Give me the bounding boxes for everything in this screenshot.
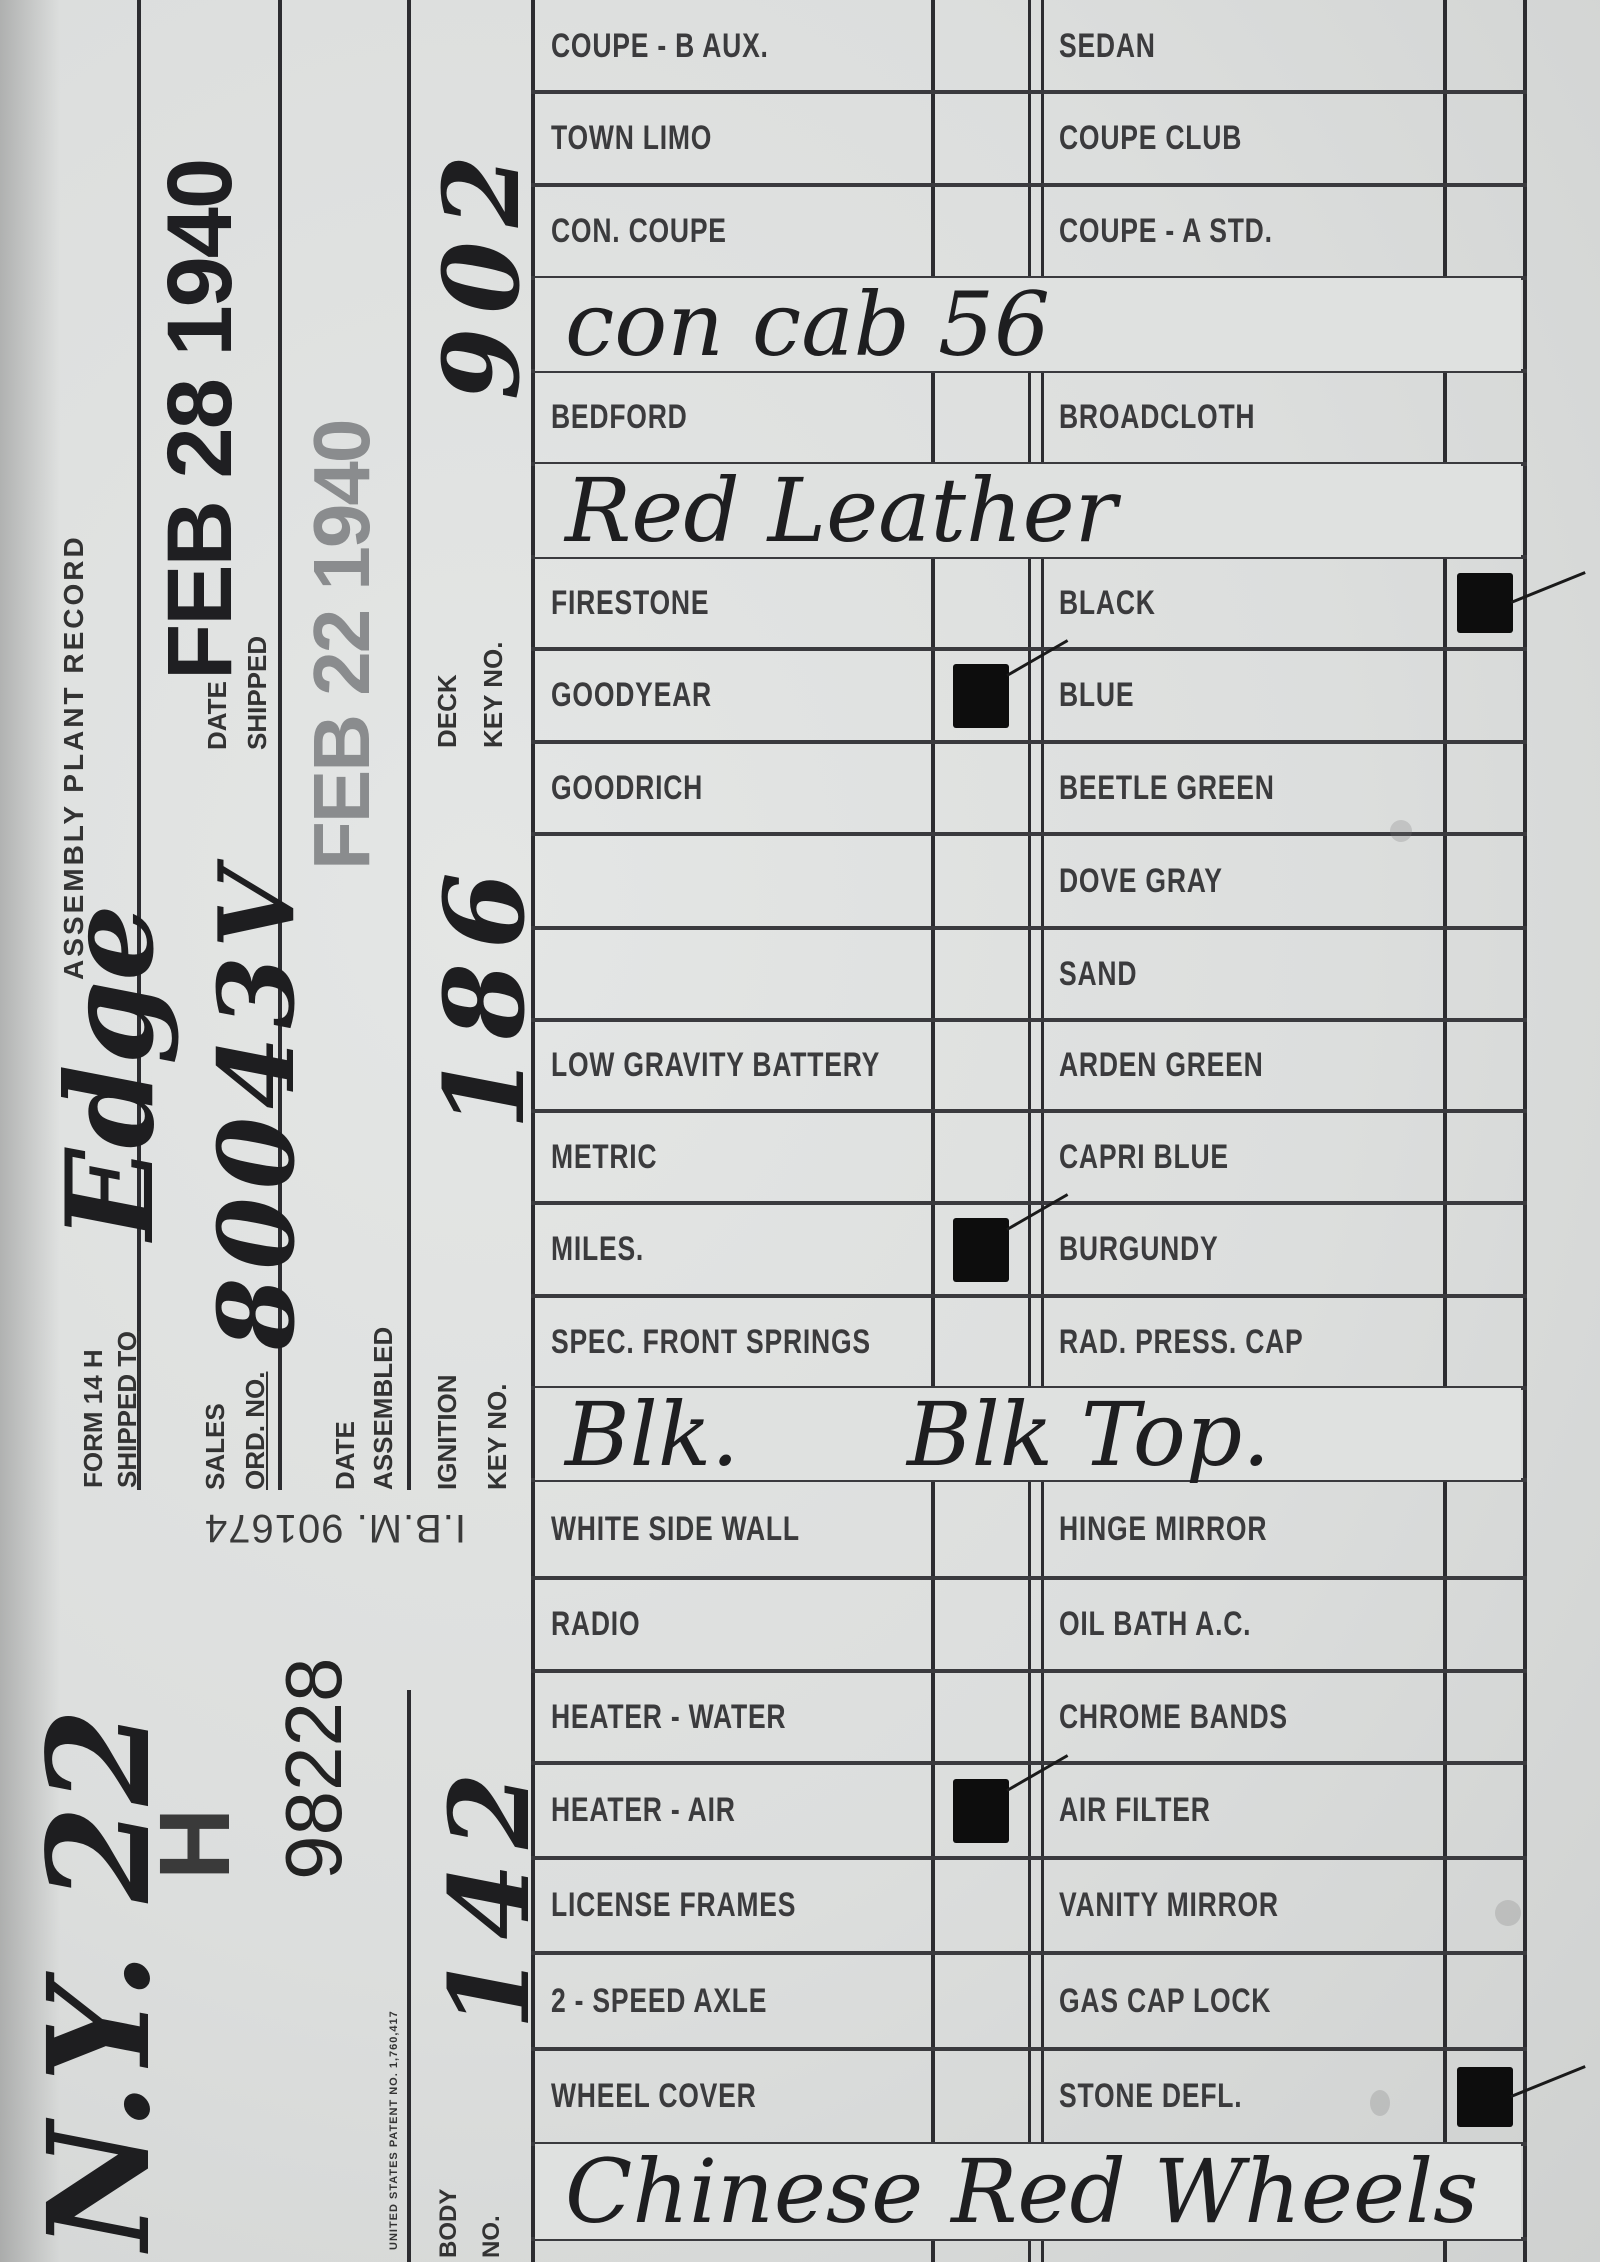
option-left: 2 - SPEED AXLE (551, 1953, 828, 2049)
left-check-box[interactable] (935, 1296, 1027, 1388)
option-right: ARDEN GREEN (1059, 1020, 1321, 1111)
left-check-box[interactable] (935, 1480, 1027, 1578)
option-right-label: SAND (1059, 955, 1137, 994)
left-check-box[interactable] (935, 1763, 1027, 1858)
deck-key-label-1: DECK (432, 674, 463, 748)
option-left-label: CON. COUPE (551, 212, 727, 251)
option-right-label: SEDAN (1059, 27, 1156, 66)
right-check-box[interactable] (1447, 834, 1523, 928)
handwritten-row: Chinese Red Wheels (535, 2144, 1521, 2239)
ignition-key-value: 186 (420, 858, 549, 1130)
deck-key-label-2: KEY NO. (478, 642, 509, 748)
option-row: GOODYEARBLUE (531, 649, 1527, 742)
option-left: MILES. (551, 1203, 670, 1296)
option-left-label: TOWN LIMO (551, 119, 712, 158)
option-left-label: HEATER - WATER (551, 1698, 786, 1737)
option-right: RAD. PRESS. CAP (1059, 1296, 1373, 1388)
sales-ord-value: 80043V (195, 859, 318, 1350)
left-check-box[interactable] (935, 1858, 1027, 1953)
option-left: GOODYEAR (551, 649, 757, 742)
option-right: BLUE (1059, 649, 1156, 742)
check-mark-icon (953, 1218, 1009, 1282)
left-check-box[interactable] (935, 1578, 1027, 1671)
left-check-box[interactable] (935, 1020, 1027, 1111)
assembly-plant-record-card: ASSEMBLY PLANT RECORD FORM 14 H SHIPPED … (0, 0, 1600, 2262)
ignition-key-label-2: KEY NO. (482, 1384, 513, 1490)
right-check-box[interactable] (1447, 1953, 1523, 2049)
option-row: SAND (531, 928, 1527, 1020)
left-check-box[interactable] (935, 1953, 1027, 2049)
form-number: FORM 14 H (78, 1349, 109, 1488)
check-mark-icon (1457, 573, 1513, 633)
option-right: COUPE CLUB (1059, 92, 1294, 185)
handwritten-note: Red Leather (535, 459, 1117, 562)
option-left: HEATER - AIR (551, 1763, 788, 1858)
left-check-box[interactable] (935, 2049, 1027, 2144)
option-row: LICENSE FRAMESVANITY MIRROR (531, 1858, 1527, 1953)
option-row: DOVE GRAY (531, 834, 1527, 928)
option-row: MILES.BURGUNDY (531, 1203, 1527, 1296)
divider-date-assembled (407, 0, 411, 1490)
option-row: BEDFORDBROADCLOTH (531, 371, 1527, 464)
option-right: BEETLE GREEN (1059, 742, 1335, 834)
option-right-label: CAPRI BLUE (1059, 1138, 1229, 1177)
option-row: TOWN LIMOCOUPE CLUB (531, 92, 1527, 185)
handwritten-note: Blk. Blk Top. (535, 1383, 1270, 1486)
option-right-label: COUPE - A STD. (1059, 212, 1273, 251)
option-right: BLACK (1059, 557, 1183, 649)
option-left-label: GOODYEAR (551, 676, 712, 715)
right-check-box[interactable] (1447, 0, 1523, 92)
option-right-label: BLUE (1059, 676, 1134, 715)
paper-speck (1495, 1900, 1521, 1926)
option-right-label: DOVE GRAY (1059, 862, 1223, 901)
option-right-label: GAS CAP LOCK (1059, 1982, 1271, 2021)
left-check-box[interactable] (935, 185, 1027, 278)
option-left-label: WHITE SIDE WALL (551, 1510, 800, 1549)
option-right-label: ARDEN GREEN (1059, 1046, 1264, 1085)
option-row: 2 - SPEED AXLEGAS CAP LOCK (531, 1953, 1527, 2049)
option-left-label: MILES. (551, 1230, 644, 1269)
right-check-box[interactable] (1447, 928, 1523, 1020)
right-check-box[interactable] (1447, 1111, 1523, 1203)
check-mark-icon (953, 1779, 1009, 1843)
option-right-label: STONE DEFL. (1059, 2077, 1242, 2116)
option-right: SEDAN (1059, 0, 1183, 92)
left-check-box[interactable] (935, 1111, 1027, 1203)
option-left-label: METRIC (551, 1138, 657, 1177)
option-right: CAPRI BLUE (1059, 1111, 1277, 1203)
left-check-box[interactable] (935, 92, 1027, 185)
option-row: GOODRICHBEETLE GREEN (531, 742, 1527, 834)
option-row: FIRESTONEBLACK (531, 557, 1527, 649)
option-right: OIL BATH A.C. (1059, 1578, 1306, 1671)
option-left: METRIC (551, 1111, 687, 1203)
option-right: STONE DEFL. (1059, 2049, 1294, 2144)
option-right-label: AIR FILTER (1059, 1791, 1211, 1830)
option-row: WHITE SIDE WALLHINGE MIRROR (531, 1480, 1527, 1578)
right-check-box[interactable] (1447, 1480, 1523, 1578)
option-left: TOWN LIMO (551, 92, 758, 185)
option-left: CON. COUPE (551, 185, 776, 278)
divider-date-assembled-lower (407, 1690, 411, 2262)
option-right: COUPE - A STD. (1059, 185, 1333, 278)
handwritten-row: Red Leather (535, 464, 1521, 557)
date-assembled-value: FEB 22 1940 (296, 421, 388, 870)
options-grid: COUPE - B AUX.SEDANTOWN LIMOCOUPE CLUBCO… (531, 0, 1527, 2262)
check-mark-icon (953, 664, 1009, 728)
option-row: RADIOOIL BATH A.C. (531, 1578, 1527, 1671)
option-right-label: COUPE CLUB (1059, 119, 1242, 158)
option-row: HEATER - AIRAIR FILTER (531, 1763, 1527, 1858)
left-check-box[interactable] (935, 371, 1027, 464)
option-row: SPEC. FRONT SPRINGSRAD. PRESS. CAP (531, 1296, 1527, 1388)
right-check-box[interactable] (1447, 742, 1523, 834)
ignition-key-label-1: IGNITION (432, 1374, 463, 1490)
option-left: LOW GRAVITY BATTERY (551, 1020, 973, 1111)
left-check-box[interactable] (935, 0, 1027, 92)
option-left-label: COUPE - B AUX. (551, 27, 769, 66)
left-check-box[interactable] (935, 557, 1027, 649)
shipped-to-label: SHIPPED TO (112, 1331, 143, 1488)
option-right-label: BURGUNDY (1059, 1230, 1218, 1269)
option-right-label: HINGE MIRROR (1059, 1510, 1267, 1549)
option-left-label: WHEEL COVER (551, 2077, 757, 2116)
check-tail-icon (1510, 2065, 1585, 2098)
ibm-number: I.B.M. 901674 (170, 1505, 500, 1550)
option-right: CHROME BANDS (1059, 1671, 1352, 1763)
sales-label-2: ORD. NO. (240, 1372, 271, 1490)
date-shipped-value: FEB 28 1940 (148, 160, 253, 680)
date-assembled-label-1: DATE (330, 1421, 361, 1490)
right-check-box[interactable] (1447, 371, 1523, 464)
option-left: LICENSE FRAMES (551, 1858, 865, 1953)
option-left: FIRESTONE (551, 557, 754, 649)
right-check-box[interactable] (1447, 649, 1523, 742)
paper-speck (1390, 820, 1412, 842)
right-check-box[interactable] (1447, 92, 1523, 185)
option-right: SAND (1059, 928, 1159, 1020)
right-check-box[interactable] (1447, 1020, 1523, 1111)
right-check-box[interactable] (1447, 557, 1523, 649)
option-right: VANITY MIRROR (1059, 1858, 1341, 1953)
option-left: WHITE SIDE WALL (551, 1480, 870, 1578)
left-check-box[interactable] (935, 1203, 1027, 1296)
handwritten-note: Chinese Red Wheels (535, 2140, 1478, 2243)
option-right: GAS CAP LOCK (1059, 1953, 1331, 2049)
option-right-label: VANITY MIRROR (1059, 1886, 1279, 1925)
serial-number: 98228 (268, 1658, 360, 1880)
left-check-box[interactable] (935, 649, 1027, 742)
left-check-box[interactable] (935, 928, 1027, 1020)
option-right: AIR FILTER (1059, 1763, 1253, 1858)
option-right: DOVE GRAY (1059, 834, 1269, 928)
sales-label-1: SALES (200, 1403, 231, 1490)
patent-text: UNITED STATES PATENT NO. 1,760,417 (388, 2010, 400, 2250)
option-left-label: RADIO (551, 1605, 640, 1644)
check-tail-icon (1510, 571, 1585, 604)
body-no-label-2: NO. (478, 2215, 506, 2258)
option-right-label: CHROME BANDS (1059, 1698, 1288, 1737)
option-row: LOW GRAVITY BATTERYARDEN GREEN (531, 1020, 1527, 1111)
option-right: BROADCLOTH (1059, 371, 1311, 464)
right-check-box[interactable] (1447, 1578, 1523, 1671)
option-right-label: OIL BATH A.C. (1059, 1605, 1251, 1644)
option-right: HINGE MIRROR (1059, 1480, 1326, 1578)
option-left: SPEC. FRONT SPRINGS (551, 1296, 961, 1388)
option-left-label: HEATER - AIR (551, 1791, 736, 1830)
shipped-to-value: Edge (40, 904, 181, 1240)
option-left-label: 2 - SPEED AXLE (551, 1982, 767, 2021)
date-assembled-label-2: ASSEMBLED (368, 1327, 399, 1490)
left-check-box[interactable] (935, 1671, 1027, 1763)
right-check-box[interactable] (1447, 1296, 1523, 1388)
stamp-letter: H (138, 1808, 253, 1880)
divider-shipped-to (137, 0, 141, 1490)
option-left: BEDFORD (551, 371, 726, 464)
option-left: HEATER - WATER (551, 1671, 853, 1763)
deck-key-value: 902 (420, 141, 543, 400)
option-left-label: BEDFORD (551, 398, 688, 437)
right-check-box[interactable] (1447, 1763, 1523, 1858)
option-left-label: GOODRICH (551, 769, 703, 808)
right-check-box[interactable] (1447, 1203, 1523, 1296)
option-right-label: BROADCLOTH (1059, 398, 1255, 437)
option-right-label: BEETLE GREEN (1059, 769, 1275, 808)
option-row: CON. COUPECOUPE - A STD. (531, 185, 1527, 278)
option-left-label: LOW GRAVITY BATTERY (551, 1046, 880, 1085)
handwritten-row: Blk. Blk Top. (535, 1388, 1521, 1480)
check-mark-icon (1457, 2067, 1513, 2127)
option-left-label: SPEC. FRONT SPRINGS (551, 1323, 871, 1362)
handwritten-note: con cab 56 (535, 273, 1050, 376)
right-check-box[interactable] (1447, 2049, 1523, 2144)
handwritten-row: con cab 56 (535, 278, 1521, 371)
right-check-box[interactable] (1447, 185, 1523, 278)
body-no-label-1: BODY (435, 2189, 463, 2258)
option-left: WHEEL COVER (551, 2049, 815, 2144)
option-left-label: LICENSE FRAMES (551, 1886, 796, 1925)
option-row: HEATER - WATERCHROME BANDS (531, 1671, 1527, 1763)
option-left-label: FIRESTONE (551, 584, 709, 623)
right-check-box[interactable] (1447, 1671, 1523, 1763)
option-left: GOODRICH (551, 742, 746, 834)
option-left: COUPE - B AUX. (551, 0, 830, 92)
option-right-label: RAD. PRESS. CAP (1059, 1323, 1304, 1362)
destination-handwritten: N.Y. 22 (18, 1708, 182, 2250)
paper-speck (1370, 2090, 1390, 2116)
option-right: BURGUNDY (1059, 1203, 1263, 1296)
date-shipped-label-1: DATE (202, 681, 233, 750)
option-right-label: BLACK (1059, 584, 1156, 623)
option-left: RADIO (551, 1578, 666, 1671)
left-check-box[interactable] (935, 834, 1027, 928)
option-row: COUPE - B AUX.SEDAN (531, 0, 1527, 92)
option-row: METRICCAPRI BLUE (531, 1111, 1527, 1203)
left-check-box[interactable] (935, 742, 1027, 834)
